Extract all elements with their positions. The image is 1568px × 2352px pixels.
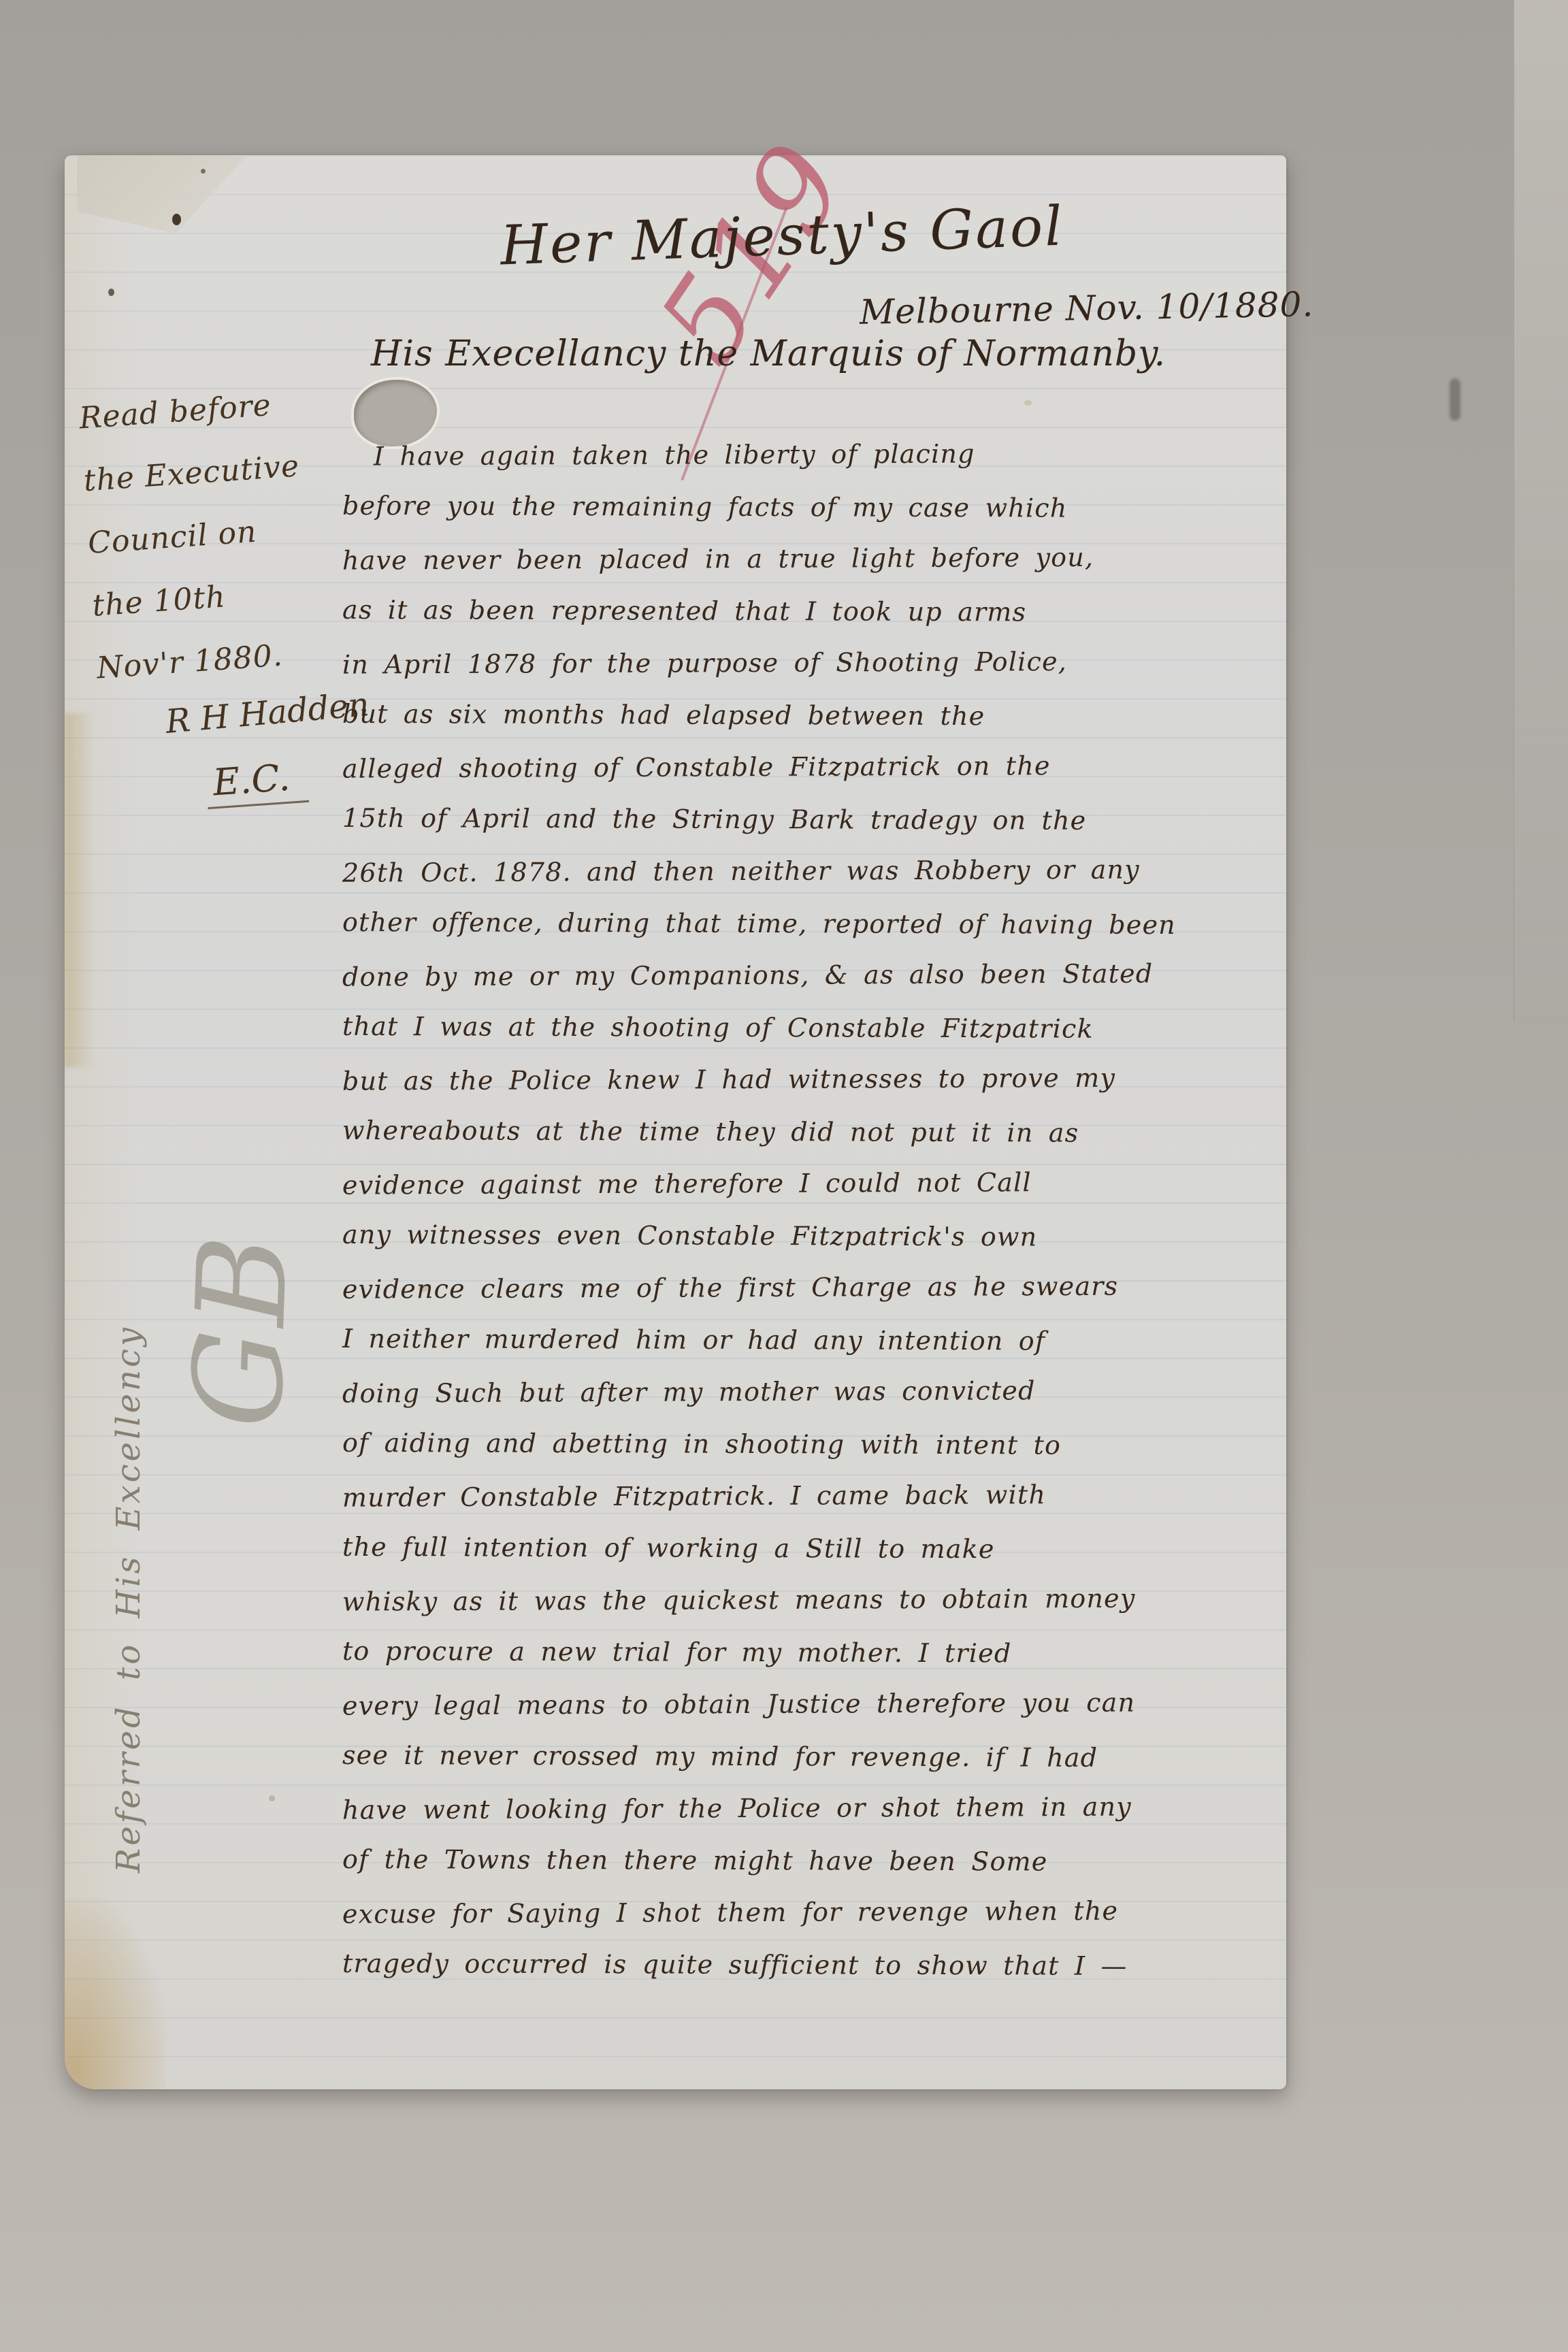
clerk-signature: R H Hadden	[164, 685, 371, 741]
handwritten-line: have never been placed in a true light b…	[342, 531, 1176, 587]
executive-council-initials: E.C.	[205, 755, 310, 809]
handwritten-line: I have again taken the liberty of placin…	[342, 427, 1176, 483]
handwritten-line: other offence, during that time, reporte…	[342, 896, 1176, 951]
corner-stain	[65, 1897, 167, 2089]
handwritten-line: to procure a new trial for my mother. I …	[342, 1624, 1176, 1680]
handwritten-line: 15th of April and the Stringy Bark trade…	[342, 791, 1176, 847]
vertical-referral-note: Referred to His Excellency	[110, 934, 148, 1873]
letter-body: I have again taken the liberty of placin…	[342, 429, 1176, 1991]
foxing-spot	[1024, 400, 1032, 406]
handwritten-line: whereabouts at the time they did not put…	[342, 1104, 1176, 1159]
handwritten-line: that I was at the shooting of Constable …	[342, 1000, 1176, 1055]
letter-dateline: Melbourne Nov. 10/1880.	[860, 284, 1314, 332]
edge-stain	[65, 713, 93, 1067]
handwritten-line: murder Constable Fitzpatrick. I came bac…	[342, 1468, 1176, 1524]
letter-addressee: His Execellancy the Marquis of Normanby.	[371, 333, 1166, 374]
letter-title: Her Majesty's Gaol	[500, 195, 1066, 278]
handwritten-line: every legal means to obtain Justice ther…	[342, 1676, 1176, 1732]
ink-speck	[172, 214, 181, 225]
photo-background: 519 Her Majesty's Gaol Melbourne Nov. 10…	[0, 0, 1568, 2352]
handwritten-line: as it as been represented that I took up…	[342, 583, 1176, 638]
handwritten-line: of aiding and abetting in shooting with …	[342, 1416, 1176, 1471]
letter-page: 519 Her Majesty's Gaol Melbourne Nov. 10…	[65, 155, 1286, 2089]
torn-corner-damage	[77, 155, 247, 233]
handwritten-line: alleged shooting of Constable Fitzpatric…	[342, 739, 1176, 795]
executive-council-margin-note: Read beforethe ExecutiveCouncil onthe 10…	[77, 372, 314, 700]
handwritten-line: evidence clears me of the first Charge a…	[342, 1260, 1176, 1316]
handwritten-line: in April 1878 for the purpose of Shootin…	[342, 635, 1176, 691]
handwritten-line: excuse for Saying I shot them for reveng…	[342, 1884, 1176, 1940]
handwritten-line: of the Towns then there might have been …	[342, 1833, 1176, 1888]
handwritten-line: done by me or my Companions, & as also b…	[342, 947, 1176, 1003]
handwritten-line: but as the Police knew I had witnesses t…	[342, 1051, 1176, 1107]
background-edge-strip	[1514, 0, 1568, 1021]
ink-speck	[108, 289, 114, 296]
handwritten-line: 26th Oct. 1878. and then neither was Rob…	[342, 843, 1176, 899]
handwritten-line: but as six months had elapsed between th…	[342, 687, 1176, 742]
handwritten-line: any witnesses even Constable Fitzpatrick…	[342, 1208, 1176, 1263]
background-smudge-mark	[1450, 378, 1460, 421]
handwritten-line: before you the remaining facts of my cas…	[342, 479, 1176, 534]
handwritten-line: see it never crossed my mind for revenge…	[342, 1729, 1176, 1784]
handwritten-line: I neither murdered him or had any intent…	[342, 1312, 1176, 1367]
handwritten-line: doing Such but after my mother was convi…	[342, 1364, 1176, 1420]
handwritten-line: evidence against me therefore I could no…	[342, 1156, 1176, 1211]
handwritten-line: tragedy occurred is quite sufficient to …	[342, 1937, 1176, 1992]
foxing-spot	[269, 1795, 275, 1801]
ink-speck	[201, 169, 206, 174]
handwritten-line: the full intention of working a Still to…	[342, 1520, 1176, 1575]
handwritten-line: whisky as it was the quickest means to o…	[342, 1572, 1176, 1628]
handwritten-line: have went looking for the Police or shot…	[342, 1780, 1176, 1836]
pencil-initials: GB	[167, 1229, 316, 1430]
